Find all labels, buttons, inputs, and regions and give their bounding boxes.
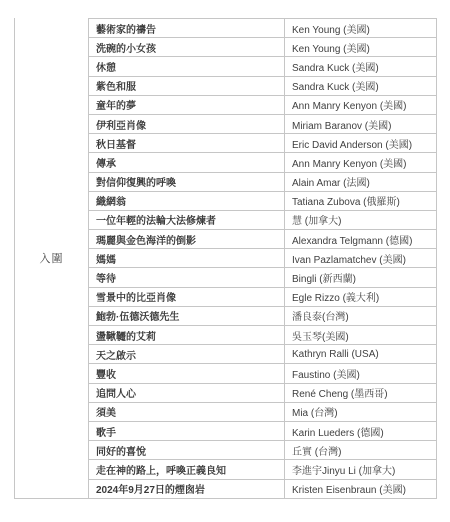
- artwork-title-cell: 天之啟示: [88, 345, 285, 364]
- artwork-title-cell: 須美: [88, 403, 285, 422]
- artist-name-cell: 慧 (加拿大): [285, 211, 437, 230]
- artwork-title-cell: 走在神的路上，呼喚正義良知: [88, 460, 285, 479]
- artwork-title-cell: 豐收: [88, 364, 285, 383]
- artist-name-cell: Bingli (新西蘭): [285, 268, 437, 287]
- artwork-title-cell: 歌手: [88, 422, 285, 441]
- table-row: 織網翁 Tatiana Zubova (俄羅斯): [88, 192, 437, 211]
- table-row: 同好的喜悅 丘實 (台灣): [88, 441, 437, 460]
- artwork-title-cell: 瑪麗與金色海洋的倒影: [88, 230, 285, 249]
- table-row: 等待 Bingli (新西蘭): [88, 268, 437, 287]
- artist-name-cell: Sandra Kuck (美國): [285, 57, 437, 76]
- category-cell-finalist: 入圍: [14, 18, 88, 499]
- artist-name-cell: Kathryn Ralli (USA): [285, 345, 437, 364]
- artwork-title-cell: 盪鞦韆的艾莉: [88, 326, 285, 345]
- table-row: 追問人心 René Cheng (墨西哥): [88, 384, 437, 403]
- table-row: 媽媽 Ivan Pazlamatchev (美國): [88, 249, 437, 268]
- artwork-title-cell: 休憩: [88, 57, 285, 76]
- table-row: 豐收 Faustino (美國): [88, 364, 437, 383]
- table-row: 伊利亞肖像 Miriam Baranov (美國): [88, 115, 437, 134]
- table-row: 2024年9月27日的煙囪岩 Kristen Eisenbraun (美國): [88, 480, 437, 499]
- table-row: 洗碗的小女孩 Ken Young (美國): [88, 38, 437, 57]
- table-row: 童年的夢 Ann Manry Kenyon (美國): [88, 96, 437, 115]
- artist-name-cell: Kristen Eisenbraun (美國): [285, 480, 437, 499]
- artwork-title-cell: 2024年9月27日的煙囪岩: [88, 480, 285, 499]
- artist-name-cell: Ken Young (美國): [285, 38, 437, 57]
- table-row: 鮑勃·伍德沃德先生 潘良泰(台灣): [88, 307, 437, 326]
- artwork-title-cell: 同好的喜悅: [88, 441, 285, 460]
- artist-name-cell: Egle Rizzo (義大利): [285, 288, 437, 307]
- artwork-title-cell: 紫色和服: [88, 77, 285, 96]
- artist-name-cell: Mia (台灣): [285, 403, 437, 422]
- table-row: 藝術家的禱告 Ken Young (美國): [88, 19, 437, 38]
- artwork-title-cell: 織網翁: [88, 192, 285, 211]
- table-row: 歌手 Karin Lueders (德國): [88, 422, 437, 441]
- table-row: 天之啟示 Kathryn Ralli (USA): [88, 345, 437, 364]
- artwork-title-cell: 對信仰復興的呼喚: [88, 173, 285, 192]
- table-rows: 藝術家的禱告 Ken Young (美國) 洗碗的小女孩 Ken Young (…: [88, 18, 437, 499]
- artist-name-cell: Ann Manry Kenyon (美國): [285, 96, 437, 115]
- table-row: 瑪麗與金色海洋的倒影 Alexandra Telgmann (德國): [88, 230, 437, 249]
- artist-name-cell: Alain Amar (法國): [285, 173, 437, 192]
- table-row: 休憩 Sandra Kuck (美國): [88, 57, 437, 76]
- artist-name-cell: Eric David Anderson (美國): [285, 134, 437, 153]
- artist-name-cell: Alexandra Telgmann (德國): [285, 230, 437, 249]
- artwork-title-cell: 雪景中的比亞肖像: [88, 288, 285, 307]
- table-row: 一位年輕的法輪大法修煉者 慧 (加拿大): [88, 211, 437, 230]
- artwork-title-cell: 伊利亞肖像: [88, 115, 285, 134]
- finalist-table: 入圍 藝術家的禱告 Ken Young (美國) 洗碗的小女孩 Ken Youn…: [14, 18, 437, 499]
- artist-name-cell: 潘良泰(台灣): [285, 307, 437, 326]
- artist-name-cell: Sandra Kuck (美國): [285, 77, 437, 96]
- table-row: 走在神的路上，呼喚正義良知 李進宇Jinyu Li (加拿大): [88, 460, 437, 479]
- artwork-title-cell: 藝術家的禱告: [88, 19, 285, 38]
- artist-name-cell: Ivan Pazlamatchev (美國): [285, 249, 437, 268]
- table-row: 紫色和服 Sandra Kuck (美國): [88, 77, 437, 96]
- artist-name-cell: Faustino (美國): [285, 364, 437, 383]
- artwork-title-cell: 洗碗的小女孩: [88, 38, 285, 57]
- artist-name-cell: Ann Manry Kenyon (美國): [285, 153, 437, 172]
- table-row: 傳承 Ann Manry Kenyon (美國): [88, 153, 437, 172]
- artist-name-cell: 吳玉琴(美國): [285, 326, 437, 345]
- artist-name-cell: Tatiana Zubova (俄羅斯): [285, 192, 437, 211]
- category-label: 入圍: [40, 250, 64, 266]
- table-row: 對信仰復興的呼喚 Alain Amar (法國): [88, 173, 437, 192]
- table-row: 盪鞦韆的艾莉 吳玉琴(美國): [88, 326, 437, 345]
- artist-name-cell: 丘實 (台灣): [285, 441, 437, 460]
- table-row: 須美 Mia (台灣): [88, 403, 437, 422]
- artwork-title-cell: 追問人心: [88, 384, 285, 403]
- artist-name-cell: René Cheng (墨西哥): [285, 384, 437, 403]
- artwork-title-cell: 傳承: [88, 153, 285, 172]
- artist-name-cell: 李進宇Jinyu Li (加拿大): [285, 460, 437, 479]
- artwork-title-cell: 等待: [88, 268, 285, 287]
- table-row: 雪景中的比亞肖像 Egle Rizzo (義大利): [88, 288, 437, 307]
- artist-name-cell: Karin Lueders (德國): [285, 422, 437, 441]
- artwork-title-cell: 秋日基督: [88, 134, 285, 153]
- artwork-title-cell: 媽媽: [88, 249, 285, 268]
- artist-name-cell: Ken Young (美國): [285, 19, 437, 38]
- artwork-title-cell: 鮑勃·伍德沃德先生: [88, 307, 285, 326]
- table-row: 秋日基督 Eric David Anderson (美國): [88, 134, 437, 153]
- artist-name-cell: Miriam Baranov (美國): [285, 115, 437, 134]
- artwork-title-cell: 童年的夢: [88, 96, 285, 115]
- artwork-title-cell: 一位年輕的法輪大法修煉者: [88, 211, 285, 230]
